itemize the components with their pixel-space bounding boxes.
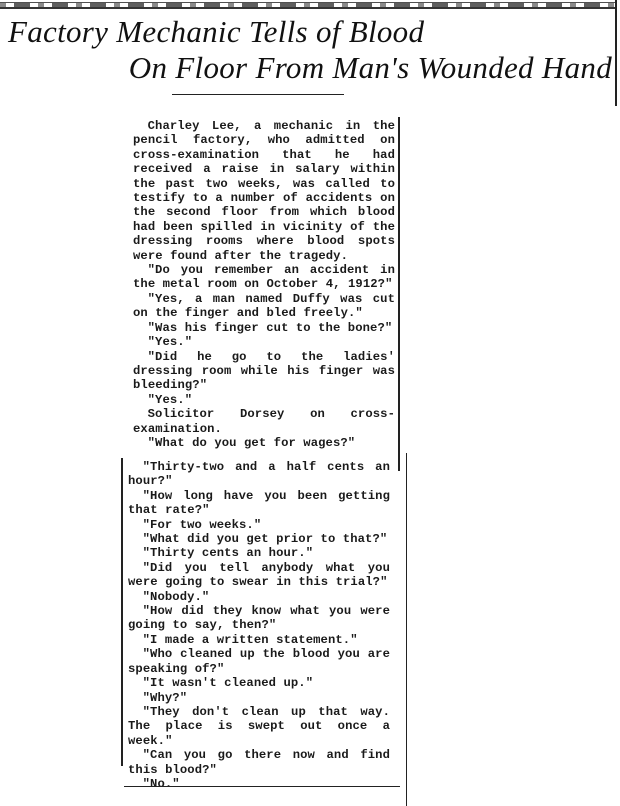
column-2-right-rule — [406, 453, 407, 806]
headline-line-1: Factory Mechanic Tells of Blood — [0, 14, 614, 50]
paragraph: "What did you get prior to that?" — [128, 532, 390, 546]
paragraph: "Who cleaned up the blood you are speaki… — [128, 647, 390, 676]
paragraph: "How did they know what you were going t… — [128, 604, 390, 633]
right-border-rule — [615, 0, 617, 106]
paragraph: "Do you remember an accident in the meta… — [133, 263, 395, 292]
paragraph: "Thirty cents an hour." — [128, 546, 390, 560]
headline-divider — [172, 94, 344, 95]
paragraph: "Yes." — [133, 335, 395, 349]
article-bottom-rule — [124, 786, 400, 787]
paragraph: "Thirty-two and a half cents an hour?" — [128, 460, 390, 489]
paragraph: "Can you go there now and find this bloo… — [128, 748, 390, 777]
column-1-right-rule — [398, 117, 400, 471]
paragraph: "Why?" — [128, 691, 390, 705]
headline: Factory Mechanic Tells of Blood On Floor… — [0, 14, 614, 86]
paragraph: "Did he go to the ladies' dressing room … — [133, 350, 395, 393]
paragraph: "No." — [128, 777, 390, 791]
paragraph: "How long have you been getting that rat… — [128, 489, 390, 518]
paragraph: "I made a written statement." — [128, 633, 390, 647]
paragraph: Solicitor Dorsey on cross-examination. — [133, 407, 395, 436]
paragraph: "Nobody." — [128, 590, 390, 604]
top-rule-band — [0, 2, 616, 9]
paragraph: "It wasn't cleaned up." — [128, 676, 390, 690]
paragraph: Charley Lee, a mechanic in the pencil fa… — [133, 119, 395, 263]
article-column-2: "Thirty-two and a half cents an hour?" "… — [128, 460, 390, 791]
headline-line-2: On Floor From Man's Wounded Hand — [0, 50, 614, 86]
paragraph: "They don't clean up that way. The place… — [128, 705, 390, 748]
paragraph: "Yes, a man named Duffy was cut on the f… — [133, 292, 395, 321]
paragraph: "What do you get for wages?" — [133, 436, 395, 450]
paragraph: "For two weeks." — [128, 518, 390, 532]
paragraph: "Yes." — [133, 393, 395, 407]
paragraph: "Did you tell anybody what you were goin… — [128, 561, 390, 590]
paragraph: "Was his finger cut to the bone?" — [133, 321, 395, 335]
article-column-1: Charley Lee, a mechanic in the pencil fa… — [133, 119, 395, 450]
column-2-left-rule — [121, 458, 123, 766]
